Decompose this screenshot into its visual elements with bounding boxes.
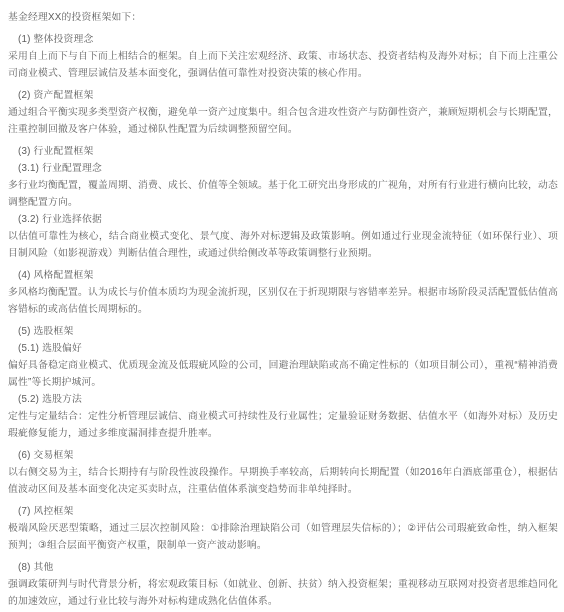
- section-heading: (5.2) 选股方法: [8, 391, 558, 408]
- paragraph: 以右侧交易为主，结合长期持有与阶段性波段操作。早期换手率较高，后期转向长期配置（…: [8, 464, 558, 498]
- paragraph: 强调政策研判与时代背景分析，将宏观政策目标（如就业、创新、扶贫）纳入投资框架；重…: [8, 576, 558, 610]
- paragraph: 以估值可靠性为核心，结合商业模式变化、景气度、海外对标逻辑及政策影响。例如通过行…: [8, 228, 558, 262]
- section-heading: (7) 风控框架: [8, 503, 558, 520]
- paragraph: 通过组合平衡实现多类型资产权衡，避免单一资产过度集中。组合包含进攻性资产与防御性…: [8, 104, 558, 138]
- section-heading: (5) 选股框架: [8, 323, 558, 340]
- document-intro-line: 基金经理XX的投资框架如下：: [8, 9, 558, 26]
- section-heading: (3.1) 行业配置理念: [8, 160, 558, 177]
- section-heading: (8) 其他: [8, 559, 558, 576]
- section-heading: (5.1) 选股偏好: [8, 340, 558, 357]
- paragraph: 偏好具备稳定商业模式、优质现金流及低瑕疵风险的公司，回避治理缺陷或高不确定性标的…: [8, 357, 558, 391]
- investment-framework-document: 基金经理XX的投资框架如下： (1) 整体投资理念采用自上而下与自下而上相结合的…: [0, 0, 564, 612]
- section-heading: (6) 交易框架: [8, 447, 558, 464]
- document-blocks: (1) 整体投资理念采用自上而下与自下而上相结合的框架。自上而下关注宏观经济、政…: [8, 31, 558, 610]
- section-heading: (4) 风格配置框架: [8, 267, 558, 284]
- paragraph: 多风格均衡配置。认为成长与价值本质均为现金流折现，区别仅在于折现期限与容错率差异…: [8, 284, 558, 318]
- paragraph: 定性与定量结合：定性分析管理层诚信、商业模式可持续性及行业属性；定量验证财务数据…: [8, 408, 558, 442]
- paragraph: 极端风险厌恶型策略，通过三层次控制风险：①排除治理缺陷公司（如管理层失信标的）；…: [8, 520, 558, 554]
- paragraph: 多行业均衡配置，覆盖周期、消费、成长、价值等全领域。基于化工研究出身形成的广视角…: [8, 177, 558, 211]
- paragraph: 采用自上而下与自下而上相结合的框架。自上而下关注宏观经济、政策、市场状态、投资者…: [8, 48, 558, 82]
- section-heading: (2) 资产配置框架: [8, 87, 558, 104]
- section-heading: (3.2) 行业选择依据: [8, 211, 558, 228]
- section-heading: (1) 整体投资理念: [8, 31, 558, 48]
- section-heading: (3) 行业配置框架: [8, 143, 558, 160]
